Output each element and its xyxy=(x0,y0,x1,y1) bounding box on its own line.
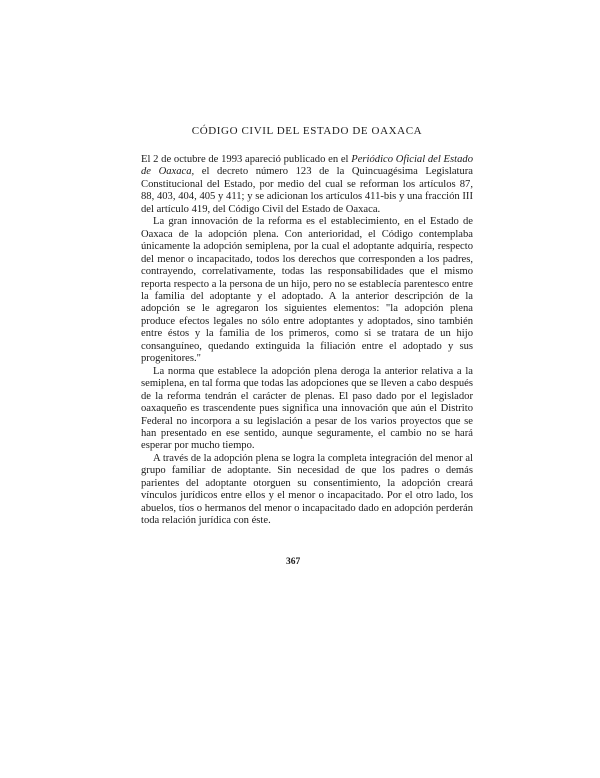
page-number: 367 xyxy=(286,557,300,567)
paragraph-1: El 2 de octubre de 1993 apareció publica… xyxy=(141,154,473,216)
document-page: CÓDIGO CIVIL DEL ESTADO DE OAXACA El 2 d… xyxy=(141,124,473,528)
document-title: CÓDIGO CIVIL DEL ESTADO DE OAXACA xyxy=(141,124,473,138)
paragraph-1-prefix: El 2 de octubre de 1993 apareció publica… xyxy=(141,154,351,165)
paragraph-4: A través de la adopción plena se logra l… xyxy=(141,453,473,528)
paragraph-3: La norma que establece la adopción plena… xyxy=(141,366,473,453)
paragraph-2: La gran innovación de la reforma es el e… xyxy=(141,216,473,365)
